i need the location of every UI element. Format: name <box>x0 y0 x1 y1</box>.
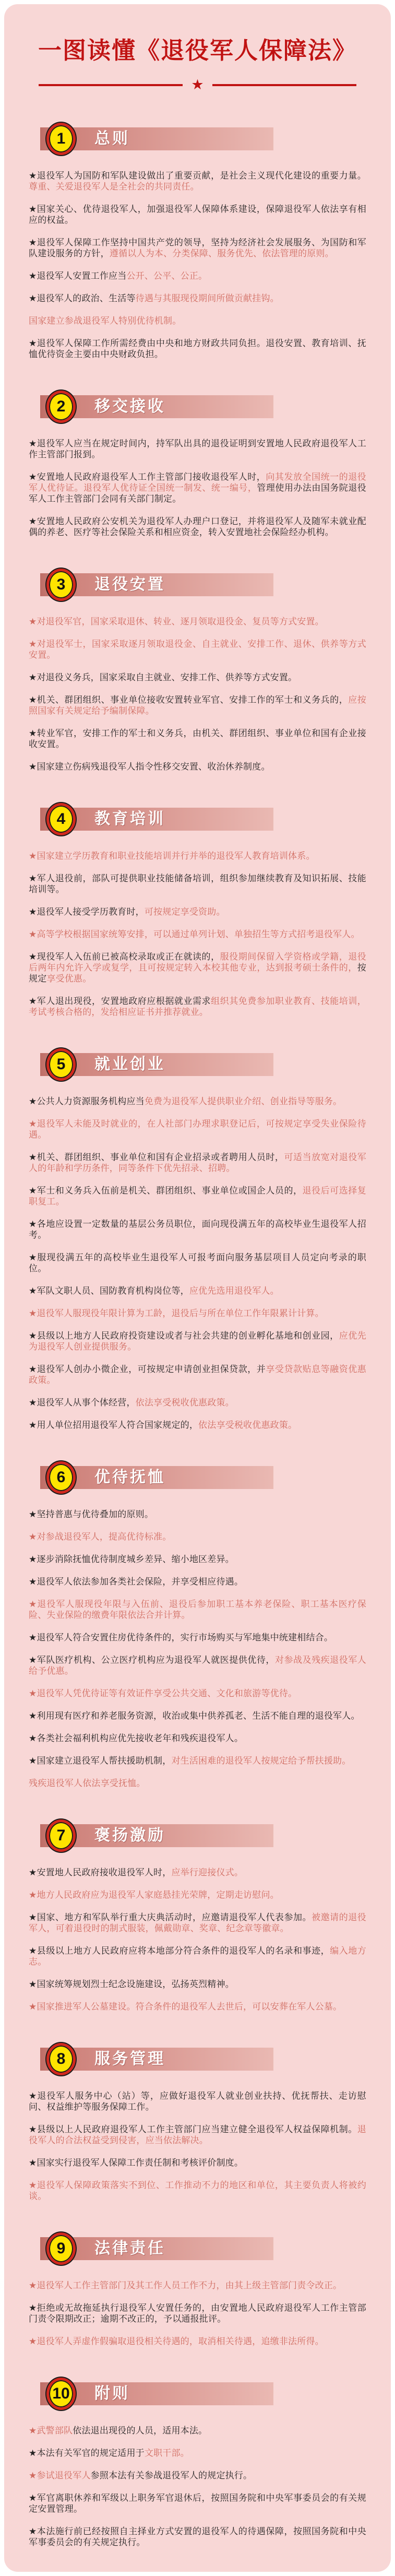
body-text: ★公共人力资源服务机构应当 <box>29 1096 145 1106</box>
highlight-text: ★武警部队 <box>29 2426 73 2436</box>
section-4: 4教育培训★国家建立学历教育和职业技能培训并行并举的退役军人教育培训体系。★军人… <box>29 808 366 1018</box>
bullet-item: ★坚持普惠与优待叠加的原则。 <box>29 1509 366 1520</box>
section-header: 4教育培训 <box>40 808 273 831</box>
highlight-text: ★参试退役军人 <box>29 2471 91 2480</box>
highlight-text: 依法享受税收优惠政策。 <box>136 1398 234 1408</box>
bullet-item: ★国家、地方和军队举行重大庆典活动时，应邀请退役军人代表参加。被邀请的退役军人，… <box>29 1912 366 1934</box>
body-text: ★本法施行前已经按照自主择业方式安置的退役军人的待遇保障，按照国务院和中央军事委… <box>29 2526 366 2547</box>
section-3: 3退役安置★对退役军官，国家采取退休、转业、逐月领取退役金、复员等方式安置。★对… <box>29 573 366 772</box>
highlight-text: ★退役军人弄虚作假骗取退役相关待遇的，取消相关待遇，追缴非法所得。 <box>29 2336 324 2346</box>
highlight-text: 依法享受税收优惠政策。 <box>198 1420 297 1430</box>
section-number-badge: 3 <box>46 569 76 601</box>
bullet-item: ★退役军人符合安置住房优待条件的，实行市场购买与军地集中统建相结合。 <box>29 1632 366 1643</box>
section-number-badge: 6 <box>46 1461 76 1494</box>
body-text: ★县级以上地方人民政府应将本地部分符合条件的退役军人的名录和事迹， <box>29 1946 330 1956</box>
body-text: ★退役军人服务中心（站）等，应做好退役军人就业创业扶持、优抚帮扶、走访慰问、权益… <box>29 2091 366 2112</box>
section-9: 9法律责任★退役军人工作主管部门及其工作人员工作不力，由其上级主管部门责令改正。… <box>29 2237 366 2347</box>
divider-line-left <box>39 84 183 86</box>
section-header: 6优待抚恤 <box>40 1466 273 1489</box>
body-text: ★服现役满五年的高校毕业生退役军人可报考面向服务基层项目人员定向考录的职位。 <box>29 1252 366 1273</box>
bullet-item: ★军人退出现役，安置地政府应根据就业需求组织其免费参加职业教育、技能培训，考试考… <box>29 996 366 1018</box>
body-text: ★安置地人民政府接收退役军人时， <box>29 1868 171 1877</box>
section-5: 5就业创业★公共人力资源服务机构应当免费为退役军人提供职业介绍、创业指导等服务。… <box>29 1053 366 1431</box>
body-text: ★本法有关军官的规定适用于 <box>29 2448 145 2458</box>
bullet-item: ★退役军人保障工作坚持中国共产党的领导，坚持为经济社会发展服务、为国防和军队建设… <box>29 237 366 259</box>
body-text: ★退役军人应当在规定时间内，持军队出具的退役证明到安置地人民政府退役军人工作主管… <box>29 439 366 459</box>
highlight-text: 国家建立参战退役军人特别优待机制。 <box>29 316 181 326</box>
bullet-item: ★军人退役前，部队可提供职业技能储备培训，组织参加继续教育及知识拓展、技能培训等… <box>29 873 366 895</box>
highlight-text: ★高等学校根据国家统筹安排，可以通过单列计划、单独招生等方式招考退役军人。 <box>29 929 360 939</box>
bullet-item: ★退役军人服现役年限与入伍前、退役后参加职工基本养老保险、职工基本医疗保险、失业… <box>29 1599 366 1621</box>
bullet-item: ★安置地人民政府退役军人工作主管部门接收退役军人时，向其发放全国统一的退役军人优… <box>29 471 366 504</box>
highlight-text: 应举行迎接仪式。 <box>171 1868 243 1877</box>
highlight-text: 待遇与其服现役期间所做贡献挂钩。 <box>136 293 279 303</box>
bullet-item: ★拒绝或无故拖延执行退役军人安置任务的，由安置地人民政府退役军人工作主管部门责令… <box>29 2302 366 2324</box>
highlight-text: ★地方人民政府应为退役军人家庭悬挂光荣牌，定期走访慰问。 <box>29 1890 279 1900</box>
body-text: ★各地应设置一定数量的基层公务员职位，面向现役满五年的高校毕业生退役军人招考。 <box>29 1219 366 1240</box>
body-text: ★退役军人保障工作所需经费由中央和地方财政共同负担。退役安置、教育培训、抚恤优待… <box>29 338 366 359</box>
bullet-item: ★退役军人凭优待证等有效证件享受公共交通、文化和旅游等优待。 <box>29 1688 366 1699</box>
bullet-item: 残疾退役军人依法享受抚恤。 <box>29 1778 366 1789</box>
body-text: ★军官离职休养和军级以上职务军官退休后，按照国务院和中央军事委员会的有关规定安置… <box>29 2493 366 2514</box>
body-text: ★军士和义务兵入伍前是机关、群团组织、事业单位或国企人员的， <box>29 1186 303 1196</box>
highlight-text: ★退役军人保障政策落实不到位、工作推动不力的地区和单位，其主要负责人将被约谈。 <box>29 2180 366 2201</box>
bullet-item: ★国家统筹规划烈士纪念设施建设，弘扬英烈精神。 <box>29 1979 366 1990</box>
title-divider: ★ <box>39 78 356 92</box>
bullet-item: ★退役军人保障工作所需经费由中央和地方财政共同负担。退役安置、教育培训、抚恤优待… <box>29 338 366 360</box>
body-text: ★转业军官，安排工作的军士和义务兵，由机关、群团组织、事业单位和国有企业接收安置… <box>29 728 366 749</box>
bullet-item: ★退役军人服务中心（站）等，应做好退役军人就业创业扶持、优抚帮扶、走访慰问、权益… <box>29 2090 366 2112</box>
body-text: ★军队医疗机构、公立医疗机构应为退役军人就医提供优待， <box>29 1655 275 1665</box>
bullet-item: ★利用现有医疗和养老服务资源，收治或集中供养孤老、生活不能自理的退役军人。 <box>29 1710 366 1721</box>
body-text: ★国家统筹规划烈士纪念设施建设，弘扬英烈精神。 <box>29 1979 234 1989</box>
bullet-item: ★逐步消除抚恤优待制度城乡差异、缩小地区差异。 <box>29 1554 366 1565</box>
section-number-badge: 8 <box>46 2043 76 2075</box>
section-2: 2移交接收★退役军人应当在规定时间内，持军队出具的退役证明到安置地人民政府退役军… <box>29 395 366 538</box>
star-icon: ★ <box>191 78 204 92</box>
bullet-item: ★退役军人的政治、生活等待遇与其服现役期间所做贡献挂钩。 <box>29 293 366 304</box>
highlight-text: ★对退役军士，国家采取逐月领取退役金、自主就业、安排工作、退休、供养等方式安置。 <box>29 639 366 660</box>
body-text: ★坚持普惠与优待叠加的原则。 <box>29 1509 153 1519</box>
highlight-text: 残疾退役军人依法享受抚恤。 <box>29 1778 146 1788</box>
body-text: ★军人退役前，部队可提供职业技能储备培训，组织参加继续教育及知识拓展、技能培训等… <box>29 873 366 894</box>
bullet-item: ★对退役军士，国家采取逐月领取退役金、自主就业、安排工作、退休、供养等方式安置。 <box>29 639 366 660</box>
body-text: ★军队文职人员、国防教育机构岗位等， <box>29 1286 189 1296</box>
section-number-badge: 4 <box>46 803 76 835</box>
bullet-item: ★退役军人未能及时就业的，在人社部门办理求职登记后，可按规定享受失业保险待遇。 <box>29 1118 366 1140</box>
body-text: ★安置地人民政府退役军人工作主管部门接收退役军人时， <box>29 472 266 482</box>
bullet-item: ★国家建立退役军人帮扶援助机制，对生活困难的退役军人按规定给予帮扶援助。 <box>29 1755 366 1766</box>
bullet-item: ★安置地人民政府公安机关为退役军人办理户口登记，并将退役军人及随军未就业配偶的养… <box>29 516 366 538</box>
bullet-item: ★安置地人民政府接收退役军人时，应举行迎接仪式。 <box>29 1867 366 1878</box>
highlight-text: ★国家建立学历教育和职业技能培训并行并举的退役军人教育培训体系。 <box>29 851 315 861</box>
bullet-item: ★对退役军官，国家采取退休、转业、逐月领取退役金、复员等方式安置。 <box>29 616 366 627</box>
bullet-item: ★公共人力资源服务机构应当免费为退役军人提供职业介绍、创业指导等服务。 <box>29 1096 366 1107</box>
section-7: 7褒扬激励★安置地人民政府接收退役军人时，应举行迎接仪式。★地方人民政府应为退役… <box>29 1824 366 2012</box>
bullet-item: ★退役军人安置工作应当公开、公平、公正。 <box>29 270 366 281</box>
highlight-text: 遵循以人为本、分类保障、服务优先、依法管理的原则。 <box>110 249 334 258</box>
body-text: 参照本法有关参战退役军人的规定执行。 <box>91 2471 253 2480</box>
section-header: 9法律责任 <box>40 2237 273 2260</box>
bullet-item: ★县级以上地方人民政府应将本地部分符合条件的退役军人的名录和事迹，编入地方志。 <box>29 1945 366 1967</box>
sections-container: 1总则★退役军人为国防和军队建设做出了重要贡献，是社会主义现代化建设的重要力量。… <box>29 127 366 2548</box>
bullet-item: ★高等学校根据国家统筹安排，可以通过单列计划、单独招生等方式招考退役军人。 <box>29 929 366 940</box>
body-text: ★用人单位招用退役军人符合国家规定的， <box>29 1420 198 1430</box>
bullet-item: 国家建立参战退役军人特别优待机制。 <box>29 315 366 326</box>
bullet-item: ★服现役满五年的高校毕业生退役军人可报考面向服务基层项目人员定向考录的职位。 <box>29 1252 366 1274</box>
highlight-text: 尊重、关爱退役军人是全社会的共同责任。 <box>29 182 199 192</box>
bullet-item: ★国家建立学历教育和职业技能培训并行并举的退役军人教育培训体系。 <box>29 850 366 861</box>
body-text: ★退役军人的政治、生活等 <box>29 293 136 303</box>
bullet-item: ★军官离职休养和军级以上职务军官退休后，按照国务院和中央军事委员会的有关规定安置… <box>29 2492 366 2514</box>
bullet-item: ★本法施行前已经按照自主择业方式安置的退役军人的待遇保障，按照国务院和中央军事委… <box>29 2526 366 2548</box>
highlight-text: ★国家推进军人公墓建设。符合条件的退役军人去世后，可以安葬在军人公墓。 <box>29 2002 342 2012</box>
bullet-item: ★退役军人为国防和军队建设做出了重要贡献，是社会主义现代化建设的重要力量。尊重、… <box>29 170 366 192</box>
highlight-text: 享受优惠。 <box>46 974 91 984</box>
highlight-text: ★退役军人工作主管部门及其工作人员工作不力，由其上级主管部门责令改正。 <box>29 2280 342 2290</box>
bullet-item: ★退役军人保障政策落实不到位、工作推动不力的地区和单位，其主要负责人将被约谈。 <box>29 2180 366 2202</box>
highlight-text: 可按规定享受资助。 <box>145 907 225 917</box>
body-text: ★逐步消除抚恤优待制度城乡差异、缩小地区差异。 <box>29 1554 234 1564</box>
body-text: ★退役军人创办小微企业，可按规定申请创业担保贷款，并 <box>29 1364 266 1374</box>
bullet-item: ★地方人民政府应为退役军人家庭悬挂光荣牌，定期走访慰问。 <box>29 1889 366 1900</box>
body-text: ★机关、群团组织、事业单位接收安置转业军官、安排工作的军士和义务兵的， <box>29 695 348 705</box>
body-text: ★县级以上地方人民政府投资建设或者与社会共建的创业孵化基地和创业园， <box>29 1331 339 1341</box>
bullet-item: ★军队医疗机构、公立医疗机构应为退役军人就医提供优待，对参战及残疾退役军人给予优… <box>29 1655 366 1676</box>
page-title: 一图读懂《退役军人保障法》 <box>29 31 366 65</box>
section-number-badge: 2 <box>46 391 76 423</box>
body-text: ★国家实行退役军人保障工作责任制和考核评价制度。 <box>29 2158 243 2168</box>
section-number-badge: 5 <box>46 1048 76 1081</box>
bullet-item: ★军队文职人员、国防教育机构岗位等，应优先选用退役军人。 <box>29 1285 366 1296</box>
bullet-item: ★军士和义务兵入伍前是机关、群团组织、事业单位或国企人员的，退役后可选择复职复工… <box>29 1185 366 1207</box>
body-text: ★退役军人安置工作应当 <box>29 271 126 281</box>
highlight-text: 文职干部。 <box>145 2448 189 2458</box>
bullet-item: ★退役军人弄虚作假骗取退役相关待遇的，取消相关待遇，追缴非法所得。 <box>29 2336 366 2347</box>
bullet-item: ★机关、群团组织、事业单位接收安置转业军官、安排工作的军士和义务兵的，应按照国家… <box>29 694 366 716</box>
bullet-item: ★退役军人从事个体经营，依法享受税收优惠政策。 <box>29 1397 366 1408</box>
body-text: ★国家、地方和军队举行重大庆典活动时，应邀请退役军人代表参加。 <box>29 1912 312 1922</box>
highlight-text: 公开、公平、公正。 <box>126 271 207 281</box>
bullet-item: ★本法有关军官的规定适用于文职干部。 <box>29 2448 366 2459</box>
bullet-item: ★现役军人入伍前已被高校录取或正在就读的，服役期间保留入学资格或学籍，退役后两年… <box>29 951 366 984</box>
highlight-text: 对生活困难的退役军人按规定给予帮扶援助。 <box>171 1756 351 1766</box>
bullet-item: ★国家推进军人公墓建设。符合条件的退役军人去世后，可以安葬在军人公墓。 <box>29 2001 366 2012</box>
section-8: 8服务管理★退役军人服务中心（站）等，应做好退役军人就业创业扶持、优抚帮扶、走访… <box>29 2048 366 2202</box>
body-text: ★退役军人从事个体经营， <box>29 1398 136 1408</box>
bullet-item: ★机关、群团组织、事业单位和国有企业招录或者聘用人员时，可适当放宽对退役军人的年… <box>29 1152 366 1174</box>
body-text: ★退役军人为国防和军队建设做出了重要贡献，是社会主义现代化建设的重要力量。 <box>29 171 366 181</box>
highlight-text: ★退役军人服现役年限计算为工龄，退役后与所在单位工作年限累计计算。 <box>29 1308 324 1318</box>
bullet-item: ★参试退役军人参照本法有关参战退役军人的规定执行。 <box>29 2470 366 2481</box>
highlight-text: ★退役军人凭优待证等有效证件享受公共交通、文化和旅游等优待。 <box>29 1688 297 1698</box>
bullet-item: ★退役军人创办小微企业，可按规定申请创业担保贷款，并享受贷款贴息等融资优惠政策。 <box>29 1364 366 1386</box>
bullet-item: ★各类社会福利机构应优先接收老年和残疾退役军人。 <box>29 1733 366 1744</box>
body-text: ★县级以上人民政府退役军人工作主管部门应当建立健全退役军人权益保障机制。 <box>29 2124 357 2134</box>
section-6: 6优待抚恤★坚持普惠与优待叠加的原则。★对参战退役军人，提高优待标准。★逐步消除… <box>29 1466 366 1789</box>
section-header: 7褒扬激励 <box>40 1824 273 1847</box>
bullet-item: ★用人单位招用退役军人符合国家规定的，依法享受税收优惠政策。 <box>29 1420 366 1431</box>
section-1: 1总则★退役军人为国防和军队建设做出了重要贡献，是社会主义现代化建设的重要力量。… <box>29 127 366 360</box>
bullet-item: ★退役军人服现役年限计算为工龄，退役后与所在单位工作年限累计计算。 <box>29 1308 366 1319</box>
body-text: ★拒绝或无故拖延执行退役军人安置任务的，由安置地人民政府退役军人工作主管部门责令… <box>29 2303 366 2324</box>
section-header: 10附则 <box>40 2382 273 2405</box>
body-text: ★国家关心、优待退役军人，加强退役军人保障体系建设，保障退役军人依法享有相应的权… <box>29 204 366 225</box>
body-text: ★国家建立退役军人帮扶援助机制， <box>29 1756 171 1766</box>
highlight-text: 应优先选用退役军人。 <box>189 1286 279 1296</box>
bullet-item: ★各地应设置一定数量的基层公务员职位，面向现役满五年的高校毕业生退役军人招考。 <box>29 1219 366 1240</box>
section-number-badge: 9 <box>46 2232 76 2265</box>
highlight-text: ★对参战退役军人，提高优待标准。 <box>29 1532 171 1542</box>
bullet-item: ★县级以上地方人民政府投资建设或者与社会共建的创业孵化基地和创业园，应优先为退役… <box>29 1330 366 1352</box>
section-number-badge: 10 <box>46 2378 76 2410</box>
highlight-text: ★对退役军官，国家采取退休、转业、逐月领取退役金、复员等方式安置。 <box>29 617 324 627</box>
body-text: ★对退役义务兵，国家采取自主就业、安排工作、供养等方式安置。 <box>29 672 297 682</box>
body-text: ★机关、群团组织、事业单位和国有企业招录或者聘用人员时， <box>29 1152 284 1162</box>
body-text: ★安置地人民政府公安机关为退役军人办理户口登记，并将退役军人及随军未就业配偶的养… <box>29 516 366 537</box>
highlight-text: ★退役军人服现役年限与入伍前、退役后参加职工基本养老保险、职工基本医疗保险、失业… <box>29 1599 366 1620</box>
bullet-item: ★对参战退役军人，提高优待标准。 <box>29 1531 366 1542</box>
body-text: ★利用现有医疗和养老服务资源，收治或集中供养孤老、生活不能自理的退役军人。 <box>29 1711 360 1721</box>
section-header: 8服务管理 <box>40 2048 273 2071</box>
body-text: ★国家建立伤病残退役军人指令性移交安置、收治休养制度。 <box>29 762 270 772</box>
body-text: 依法退出现役的人员，适用本法。 <box>73 2426 207 2436</box>
bullet-item: ★退役军人依法参加各类社会保险，并享受相应待遇。 <box>29 1576 366 1587</box>
section-number-badge: 1 <box>46 123 76 155</box>
section-header: 2移交接收 <box>40 395 273 418</box>
bullet-item: ★武警部队依法退出现役的人员，适用本法。 <box>29 2425 366 2436</box>
body-text: ★各类社会福利机构应优先接收老年和残疾退役军人。 <box>29 1733 243 1743</box>
bullet-item: ★国家关心、优待退役军人，加强退役军人保障体系建设，保障退役军人依法享有相应的权… <box>29 204 366 226</box>
body-text: ★退役军人接受学历教育时， <box>29 907 145 917</box>
highlight-text: 免费为退役军人提供职业介绍、创业指导等服务。 <box>145 1096 342 1106</box>
bullet-item: ★对退役义务兵，国家采取自主就业、安排工作、供养等方式安置。 <box>29 672 366 683</box>
section-header: 1总则 <box>40 127 273 150</box>
section-number-badge: 7 <box>46 1819 76 1852</box>
infographic-panel: 一图读懂《退役军人保障法》 ★ 1总则★退役军人为国防和军队建设做出了重要贡献，… <box>4 4 391 2572</box>
divider-line-right <box>212 84 356 86</box>
bullet-item: ★转业军官，安排工作的军士和义务兵，由机关、群团组织、事业单位和国有企业接收安置… <box>29 728 366 750</box>
section-header: 5就业创业 <box>40 1053 273 1076</box>
body-text: ★现役军人入伍前已被高校录取或正在就读的， <box>29 952 220 962</box>
bullet-item: ★国家建立伤病残退役军人指令性移交安置、收治休养制度。 <box>29 761 366 772</box>
section-10: 10附则★武警部队依法退出现役的人员，适用本法。★本法有关军官的规定适用于文职干… <box>29 2382 366 2548</box>
highlight-text: ★退役军人未能及时就业的，在人社部门办理求职登记后，可按规定享受失业保险待遇。 <box>29 1119 366 1140</box>
bullet-item: ★退役军人应当在规定时间内，持军队出具的退役证明到安置地人民政府退役军人工作主管… <box>29 438 366 460</box>
bullet-item: ★退役军人接受学历教育时，可按规定享受资助。 <box>29 906 366 917</box>
bullet-item: ★国家实行退役军人保障工作责任制和考核评价制度。 <box>29 2157 366 2168</box>
bullet-item: ★县级以上人民政府退役军人工作主管部门应当建立健全退役军人权益保障机制。退役军人… <box>29 2124 366 2146</box>
bullet-item: ★退役军人工作主管部门及其工作人员工作不力，由其上级主管部门责令改正。 <box>29 2280 366 2291</box>
body-text: ★军人退出现役，安置地政府应根据就业需求 <box>29 996 211 1006</box>
section-header: 3退役安置 <box>40 573 273 596</box>
body-text: ★退役军人依法参加各类社会保险，并享受相应待遇。 <box>29 1577 243 1587</box>
body-text: ★退役军人符合安置住房优待条件的，实行市场购买与军地集中统建相结合。 <box>29 1633 333 1643</box>
